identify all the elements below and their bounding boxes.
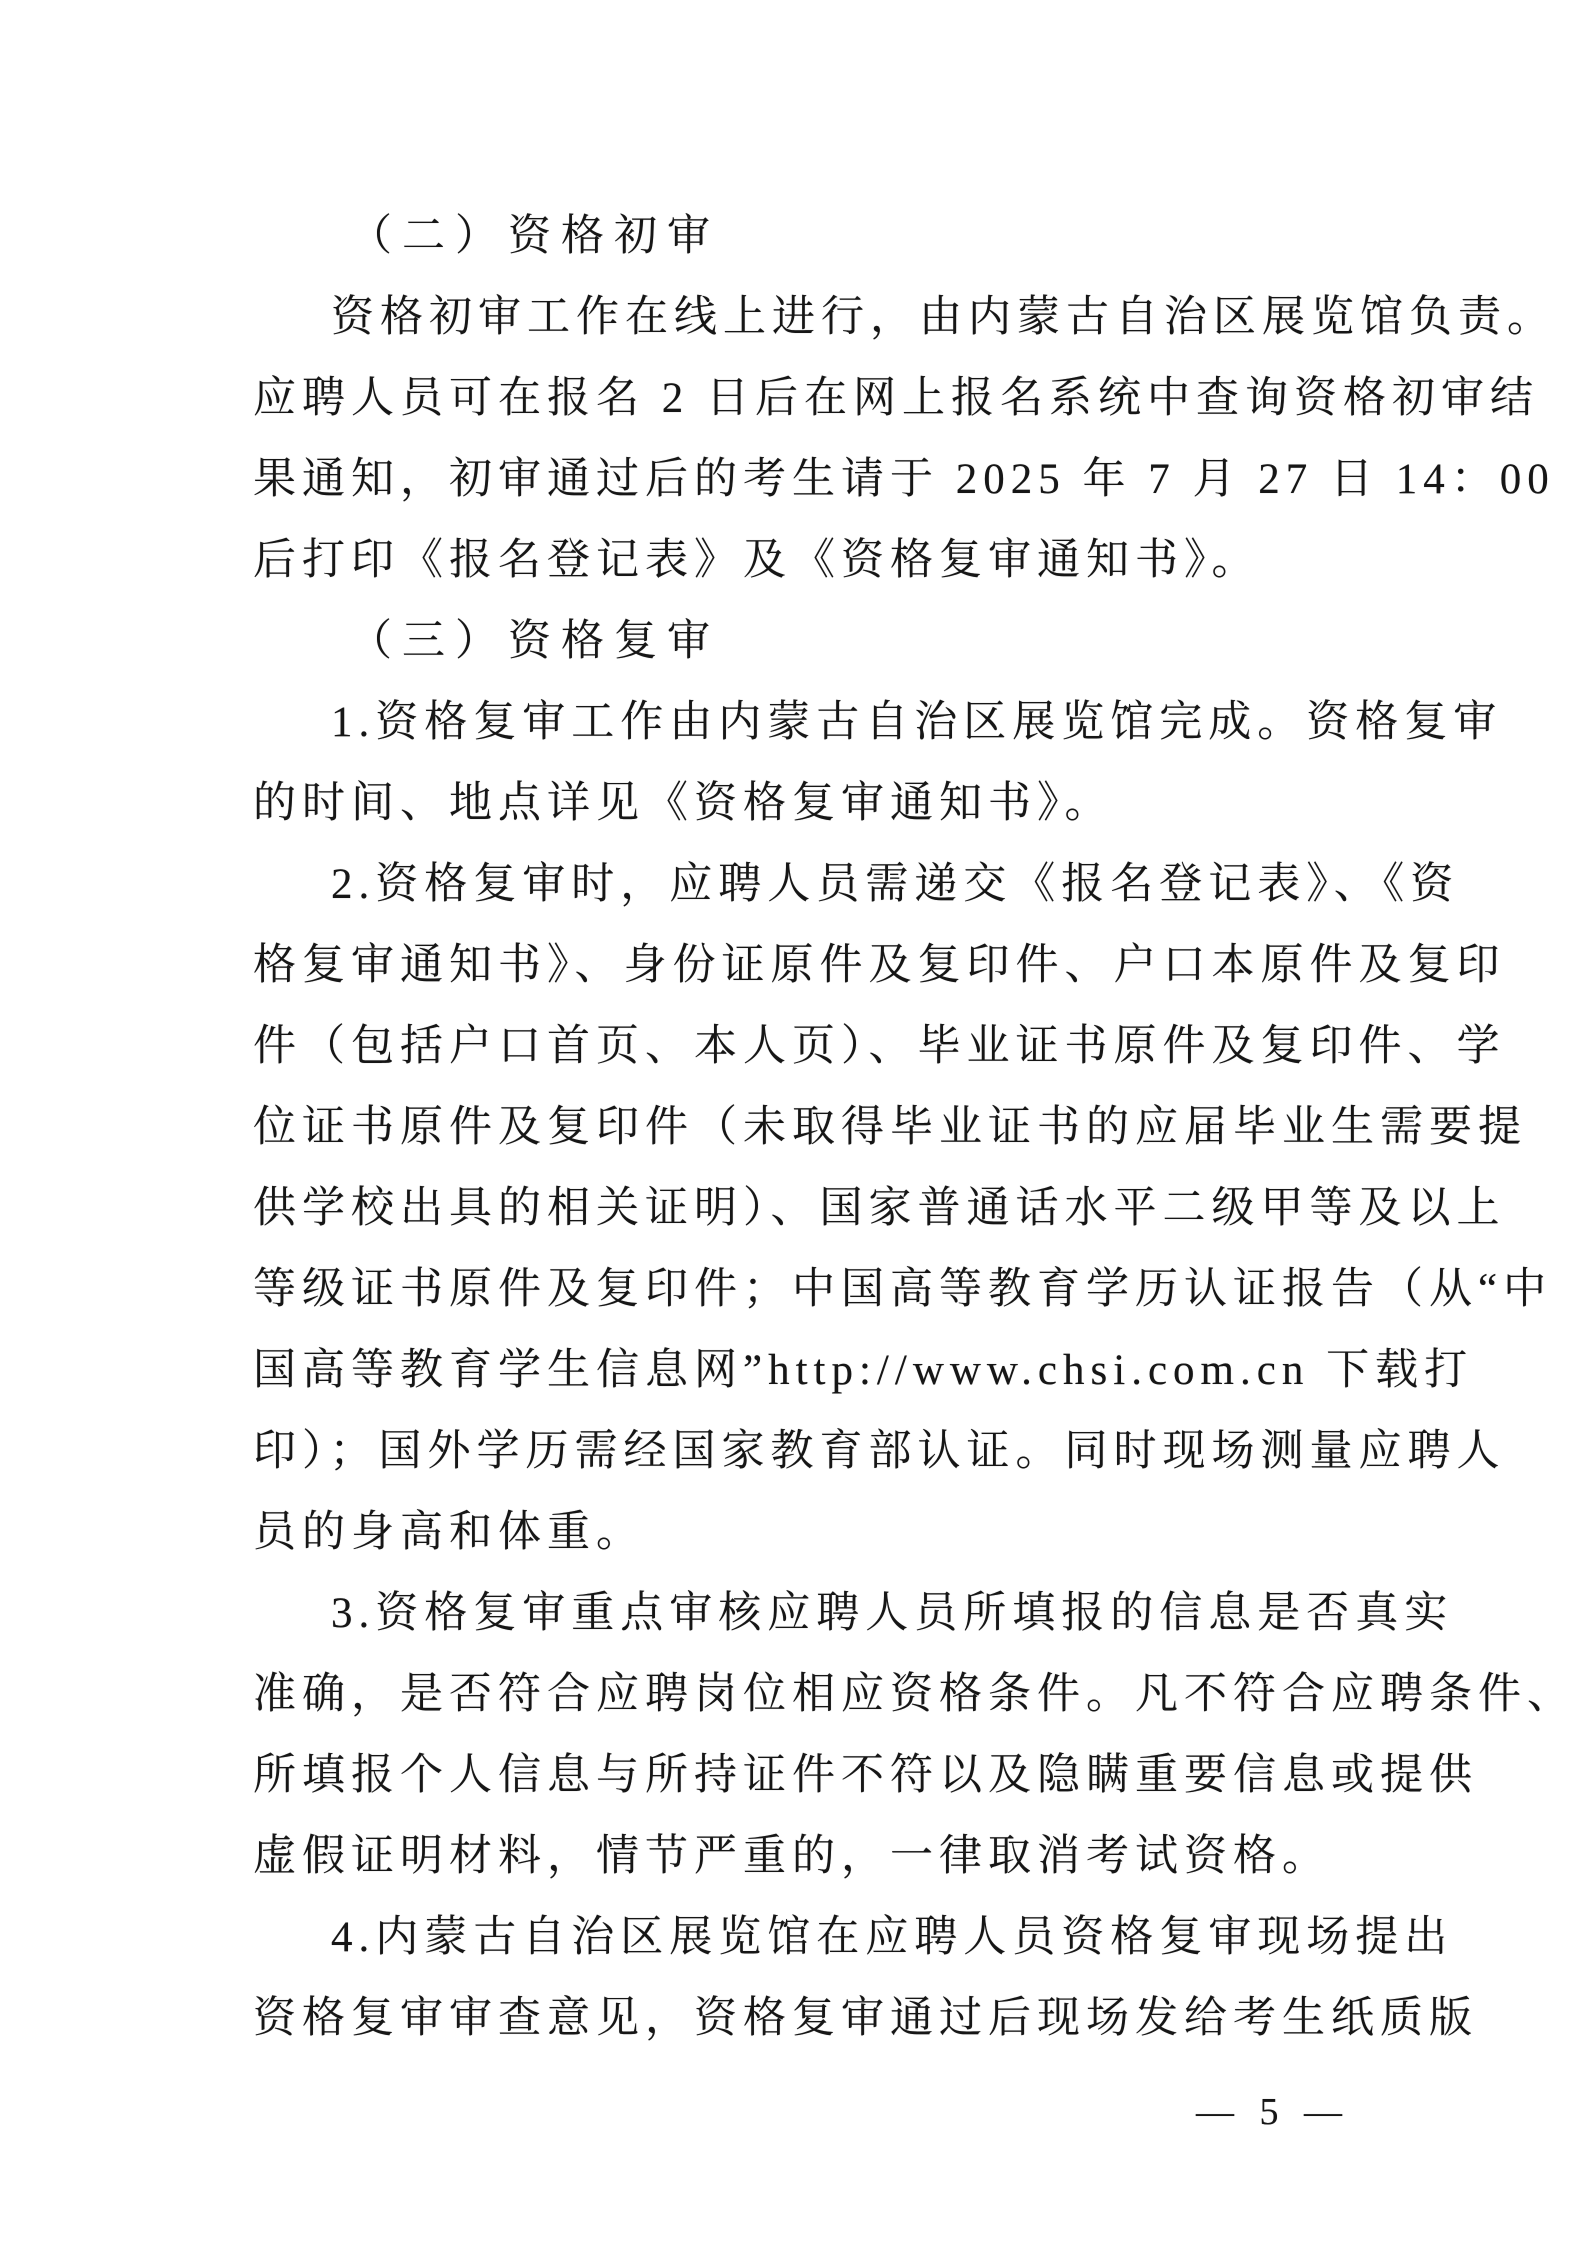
document-line: 3.资格复审重点审核应聘人员所填报的信息是否真实 — [253, 1573, 1468, 1654]
document-page: （二）资格初审资格初审工作在线上进行，由内蒙古自治区展览馆负责。应聘人员可在报名… — [0, 0, 1588, 2245]
document-line: 应聘人员可在报名 2 日后在网上报名系统中查询资格初审结 — [253, 358, 1468, 439]
document-line: 2.资格复审时，应聘人员需递交《报名登记表》、《资 — [253, 844, 1468, 925]
document-line: 件（包括户口首页、本人页）、毕业证书原件及复印件、学 — [253, 1006, 1468, 1087]
document-content: （二）资格初审资格初审工作在线上进行，由内蒙古自治区展览馆负责。应聘人员可在报名… — [253, 196, 1468, 2059]
document-line: 资格初审工作在线上进行，由内蒙古自治区展览馆负责。 — [253, 277, 1468, 358]
document-line: 员的身高和体重。 — [253, 1492, 1468, 1573]
document-line: 准确，是否符合应聘岗位相应资格条件。凡不符合应聘条件、 — [253, 1654, 1468, 1735]
document-line: 格复审通知书》、身份证原件及复印件、户口本原件及复印 — [253, 925, 1468, 1006]
document-line: 所填报个人信息与所持证件不符以及隐瞒重要信息或提供 — [253, 1735, 1468, 1816]
document-line: （三）资格复审 — [253, 601, 1468, 682]
document-line: 虚假证明材料，情节严重的，一律取消考试资格。 — [253, 1816, 1468, 1897]
document-line: 1.资格复审工作由内蒙古自治区展览馆完成。资格复审 — [253, 682, 1468, 763]
document-line: 国高等教育学生信息网”http://www.chsi.com.cn 下载打 — [253, 1330, 1468, 1411]
document-line: 等级证书原件及复印件；中国高等教育学历认证报告（从“中 — [253, 1249, 1468, 1330]
document-line: 果通知，初审通过后的考生请于 2025 年 7 月 27 日 14：00 — [253, 439, 1468, 520]
document-line: 供学校出具的相关证明）、国家普通话水平二级甲等及以上 — [253, 1168, 1468, 1249]
document-line: 资格复审审查意见，资格复审通过后现场发给考生纸质版 — [253, 1978, 1468, 2059]
document-line: 印）；国外学历需经国家教育部认证。同时现场测量应聘人 — [253, 1411, 1468, 1492]
document-line: 的时间、地点详见《资格复审通知书》。 — [253, 763, 1468, 844]
page-number: — 5 — — [1196, 2090, 1350, 2134]
document-line: 4.内蒙古自治区展览馆在应聘人员资格复审现场提出 — [253, 1897, 1468, 1978]
document-line: 位证书原件及复印件（未取得毕业证书的应届毕业生需要提 — [253, 1087, 1468, 1168]
document-line: （二）资格初审 — [253, 196, 1468, 277]
document-line: 后打印《报名登记表》及《资格复审通知书》。 — [253, 520, 1468, 601]
